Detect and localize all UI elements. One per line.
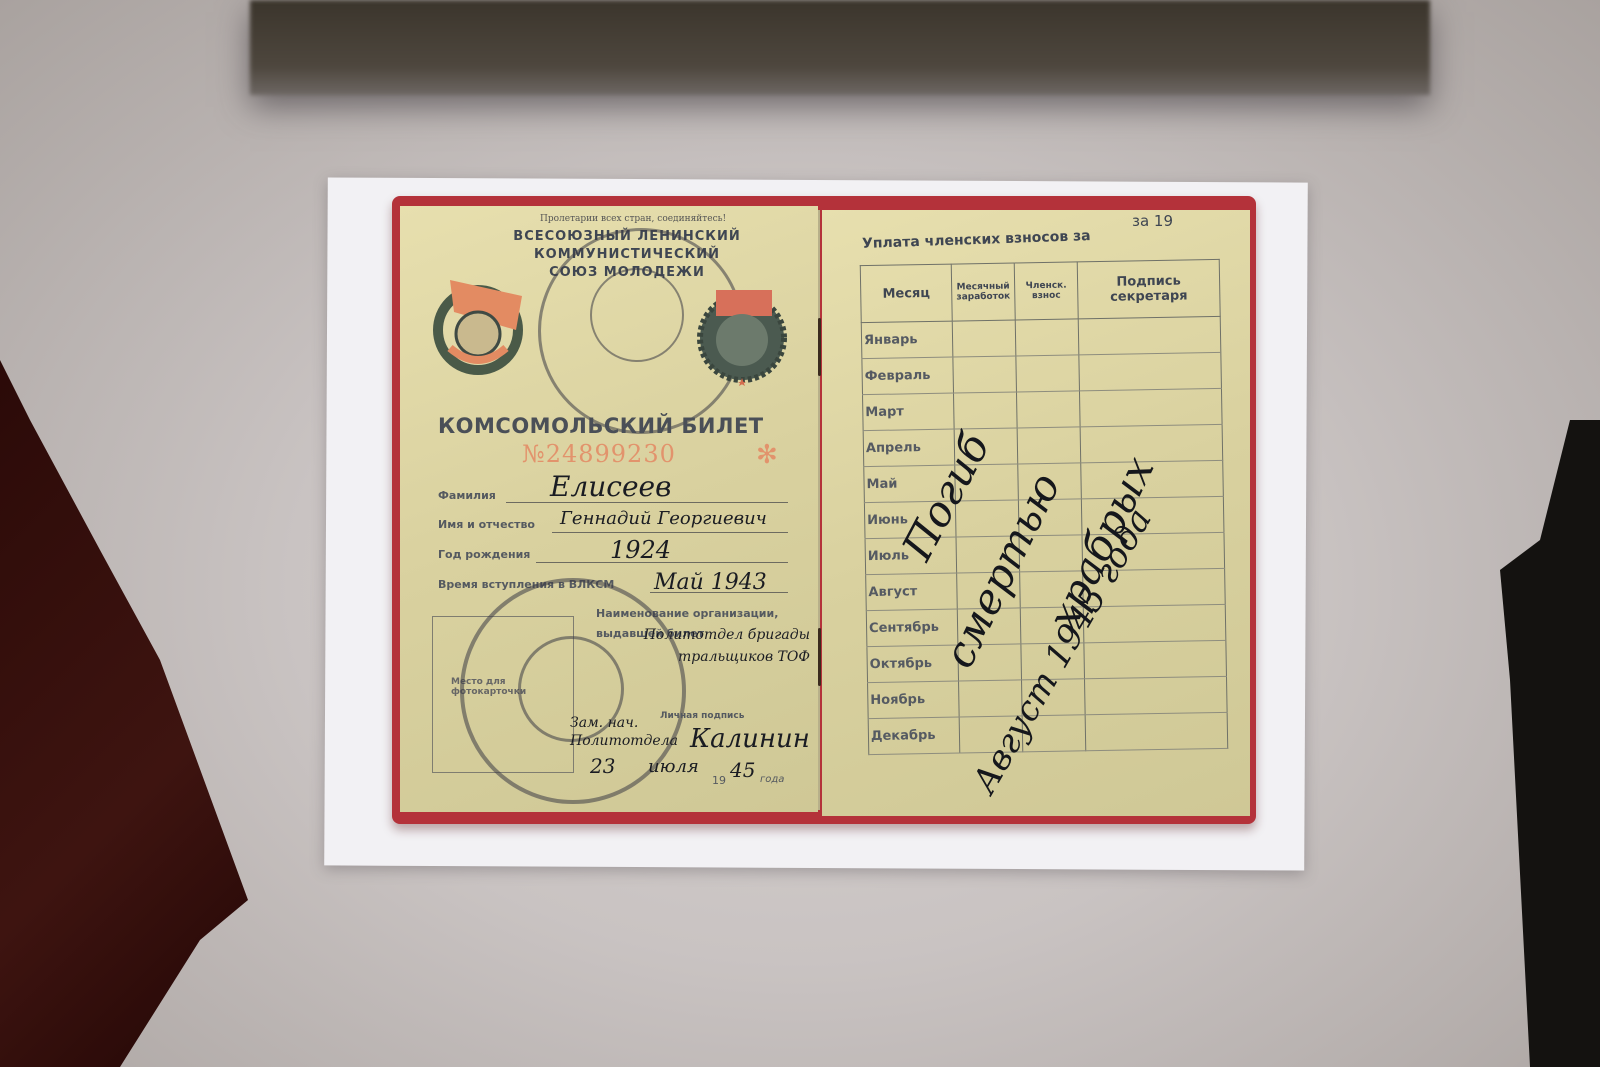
empty-cell xyxy=(1016,391,1080,428)
ticket-title: КОМСОМОЛЬСКИЙ БИЛЕТ xyxy=(438,414,764,438)
empty-cell xyxy=(1015,319,1079,356)
col-dues: Членск. взнос xyxy=(1014,262,1078,320)
birth-year-value: 1924 xyxy=(610,536,671,564)
ticket-number: №24899230 xyxy=(522,440,676,468)
col-month: Месяц xyxy=(860,264,952,323)
col-secretary-signature: Подпись секретаря xyxy=(1077,259,1220,318)
empty-cell xyxy=(1079,352,1222,390)
signature: Калинин xyxy=(690,724,810,754)
name-label: Имя и отчество xyxy=(438,518,535,531)
year-suffix: года xyxy=(760,774,784,785)
book-spine xyxy=(818,210,820,810)
empty-cell xyxy=(1079,388,1222,426)
binding-stitch xyxy=(818,318,821,376)
empty-cell xyxy=(1085,712,1228,750)
empty-cell xyxy=(1017,427,1081,464)
month-cell: Январь xyxy=(861,321,953,359)
issue-month: июля xyxy=(648,756,699,777)
signature-label: Личная подпись xyxy=(660,711,744,721)
col-earnings: Месячный заработок xyxy=(951,263,1015,321)
month-cell: Февраль xyxy=(862,357,954,395)
table-row: Январь xyxy=(861,316,1221,358)
empty-cell xyxy=(1080,424,1223,462)
surname-label: Фамилия xyxy=(438,489,496,502)
month-cell: Декабрь xyxy=(868,717,960,755)
star-icon: ✻ xyxy=(756,440,778,470)
right-page: за 19 Уплата членских взносов за Месяц М… xyxy=(822,210,1250,816)
dues-heading: Уплата членских взносов за xyxy=(862,228,1091,252)
binding-stitch xyxy=(818,628,821,686)
month-cell: Ноябрь xyxy=(868,681,960,719)
issue-year: 45 xyxy=(730,758,755,782)
table-row: Февраль xyxy=(862,352,1222,394)
empty-cell xyxy=(953,392,1017,429)
month-cell: Август xyxy=(866,573,958,611)
empty-cell xyxy=(953,356,1017,393)
left-page: Пролетарии всех стран, соединяйтесь! ВСЕ… xyxy=(400,206,818,812)
komsomol-emblem xyxy=(590,268,684,362)
empty-cell xyxy=(952,320,1016,357)
dark-red-cloth xyxy=(0,360,250,1067)
motto: Пролетарии всех стран, соединяйтесь! xyxy=(540,214,726,224)
empty-cell xyxy=(1084,640,1227,678)
table-row: Март xyxy=(863,388,1223,430)
signer-title: Зам. нач. Политотдела xyxy=(570,714,660,750)
background-frame xyxy=(250,0,1430,95)
join-date-value: Май 1943 xyxy=(654,570,767,595)
order-red-banner-icon xyxy=(430,268,528,378)
surname-value: Елисеев xyxy=(550,470,671,503)
table-row: Декабрь xyxy=(868,712,1228,754)
underline xyxy=(552,532,788,533)
year-label: за 19 xyxy=(1132,212,1173,230)
empty-cell xyxy=(1085,676,1228,714)
issue-day: 23 xyxy=(590,754,615,778)
month-cell: Март xyxy=(863,393,955,431)
year-prefix: 19 xyxy=(712,774,726,787)
dark-object xyxy=(1500,420,1600,1067)
name-value: Геннадий Георгиевич xyxy=(560,508,767,529)
order-labor-banner-icon xyxy=(692,278,790,388)
empty-cell xyxy=(1016,355,1080,392)
birth-year-label: Год рождения xyxy=(438,548,530,561)
empty-cell xyxy=(1078,316,1221,354)
table-row: Апрель xyxy=(863,424,1223,466)
